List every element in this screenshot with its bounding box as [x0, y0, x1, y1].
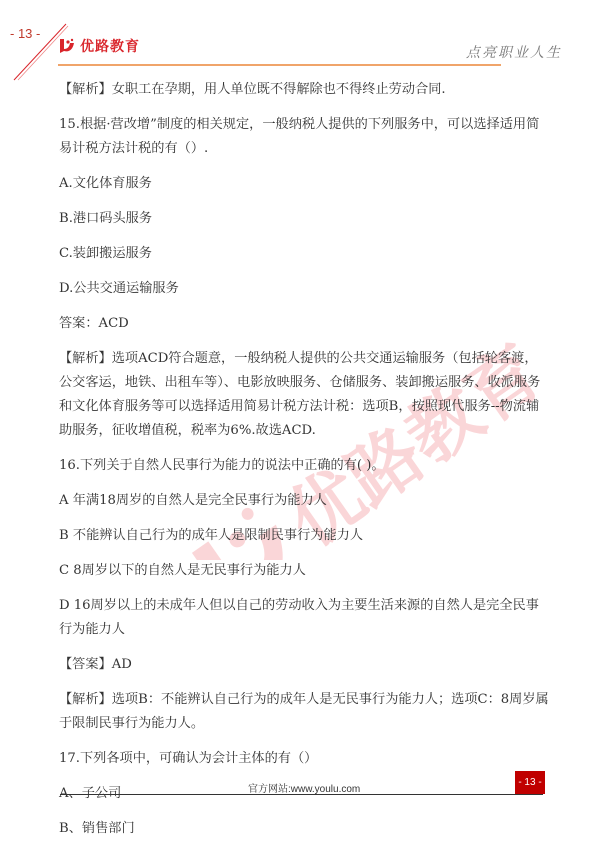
paragraph: 16.下列关于自然人民事行为能力的说法中正确的有( )。 — [59, 454, 549, 478]
paragraph: 【解析】选项B：不能辨认自己行为的成年人是无民事行为能力人；选项C：8周岁属于限… — [59, 688, 549, 736]
logo-mark-icon — [58, 37, 76, 55]
brand-logo: 优路教育 — [58, 36, 140, 56]
paragraph: 【答案】AD — [59, 653, 549, 677]
paragraph: 17.下列各项中，可确认为会计主体的有（） — [59, 747, 549, 771]
header-divider — [58, 64, 501, 66]
footer-page-badge: - 13 - — [515, 771, 545, 794]
document-body: 【解析】女职工在孕期，用人单位既不得解除也不得终止劳动合同.15.根据·营改增”… — [59, 78, 549, 841]
paragraph: D 16周岁以上的未成年人但以自己的劳动收入为主要生活来源的自然人是完全民事行为… — [59, 594, 549, 642]
brand-name: 优路教育 — [80, 36, 140, 56]
paragraph: 15.根据·营改增”制度的相关规定，一般纳税人提供的下列服务中，可以选择适用简易… — [59, 113, 549, 161]
paragraph: C 8周岁以下的自然人是无民事行为能力人 — [59, 559, 549, 583]
header-slogan: 点亮职业人生 — [466, 42, 562, 62]
paragraph: A.文化体育服务 — [59, 172, 549, 196]
paragraph: B 不能辨认自己行为的成年人是限制民事行为能力人 — [59, 524, 549, 548]
paragraph: D.公共交通运输服务 — [59, 277, 549, 301]
paragraph: A 年满18周岁的自然人是完全民事行为能力人 — [59, 489, 549, 513]
paragraph: 答案：ACD — [59, 312, 549, 336]
paragraph: 【解析】选项ACD符合题意，一般纳税人提供的公共交通运输服务（包括轮客渡，公交客… — [59, 347, 549, 443]
paragraph: B.港口码头服务 — [59, 207, 549, 231]
paragraph: C.装卸搬运服务 — [59, 242, 549, 266]
footer-website[interactable]: 官方网站:www.youlu.com — [248, 780, 360, 795]
paragraph: 【解析】女职工在孕期，用人单位既不得解除也不得终止劳动合同. — [59, 78, 549, 102]
paragraph: B、销售部门 — [59, 817, 549, 841]
footer-divider — [60, 794, 543, 795]
